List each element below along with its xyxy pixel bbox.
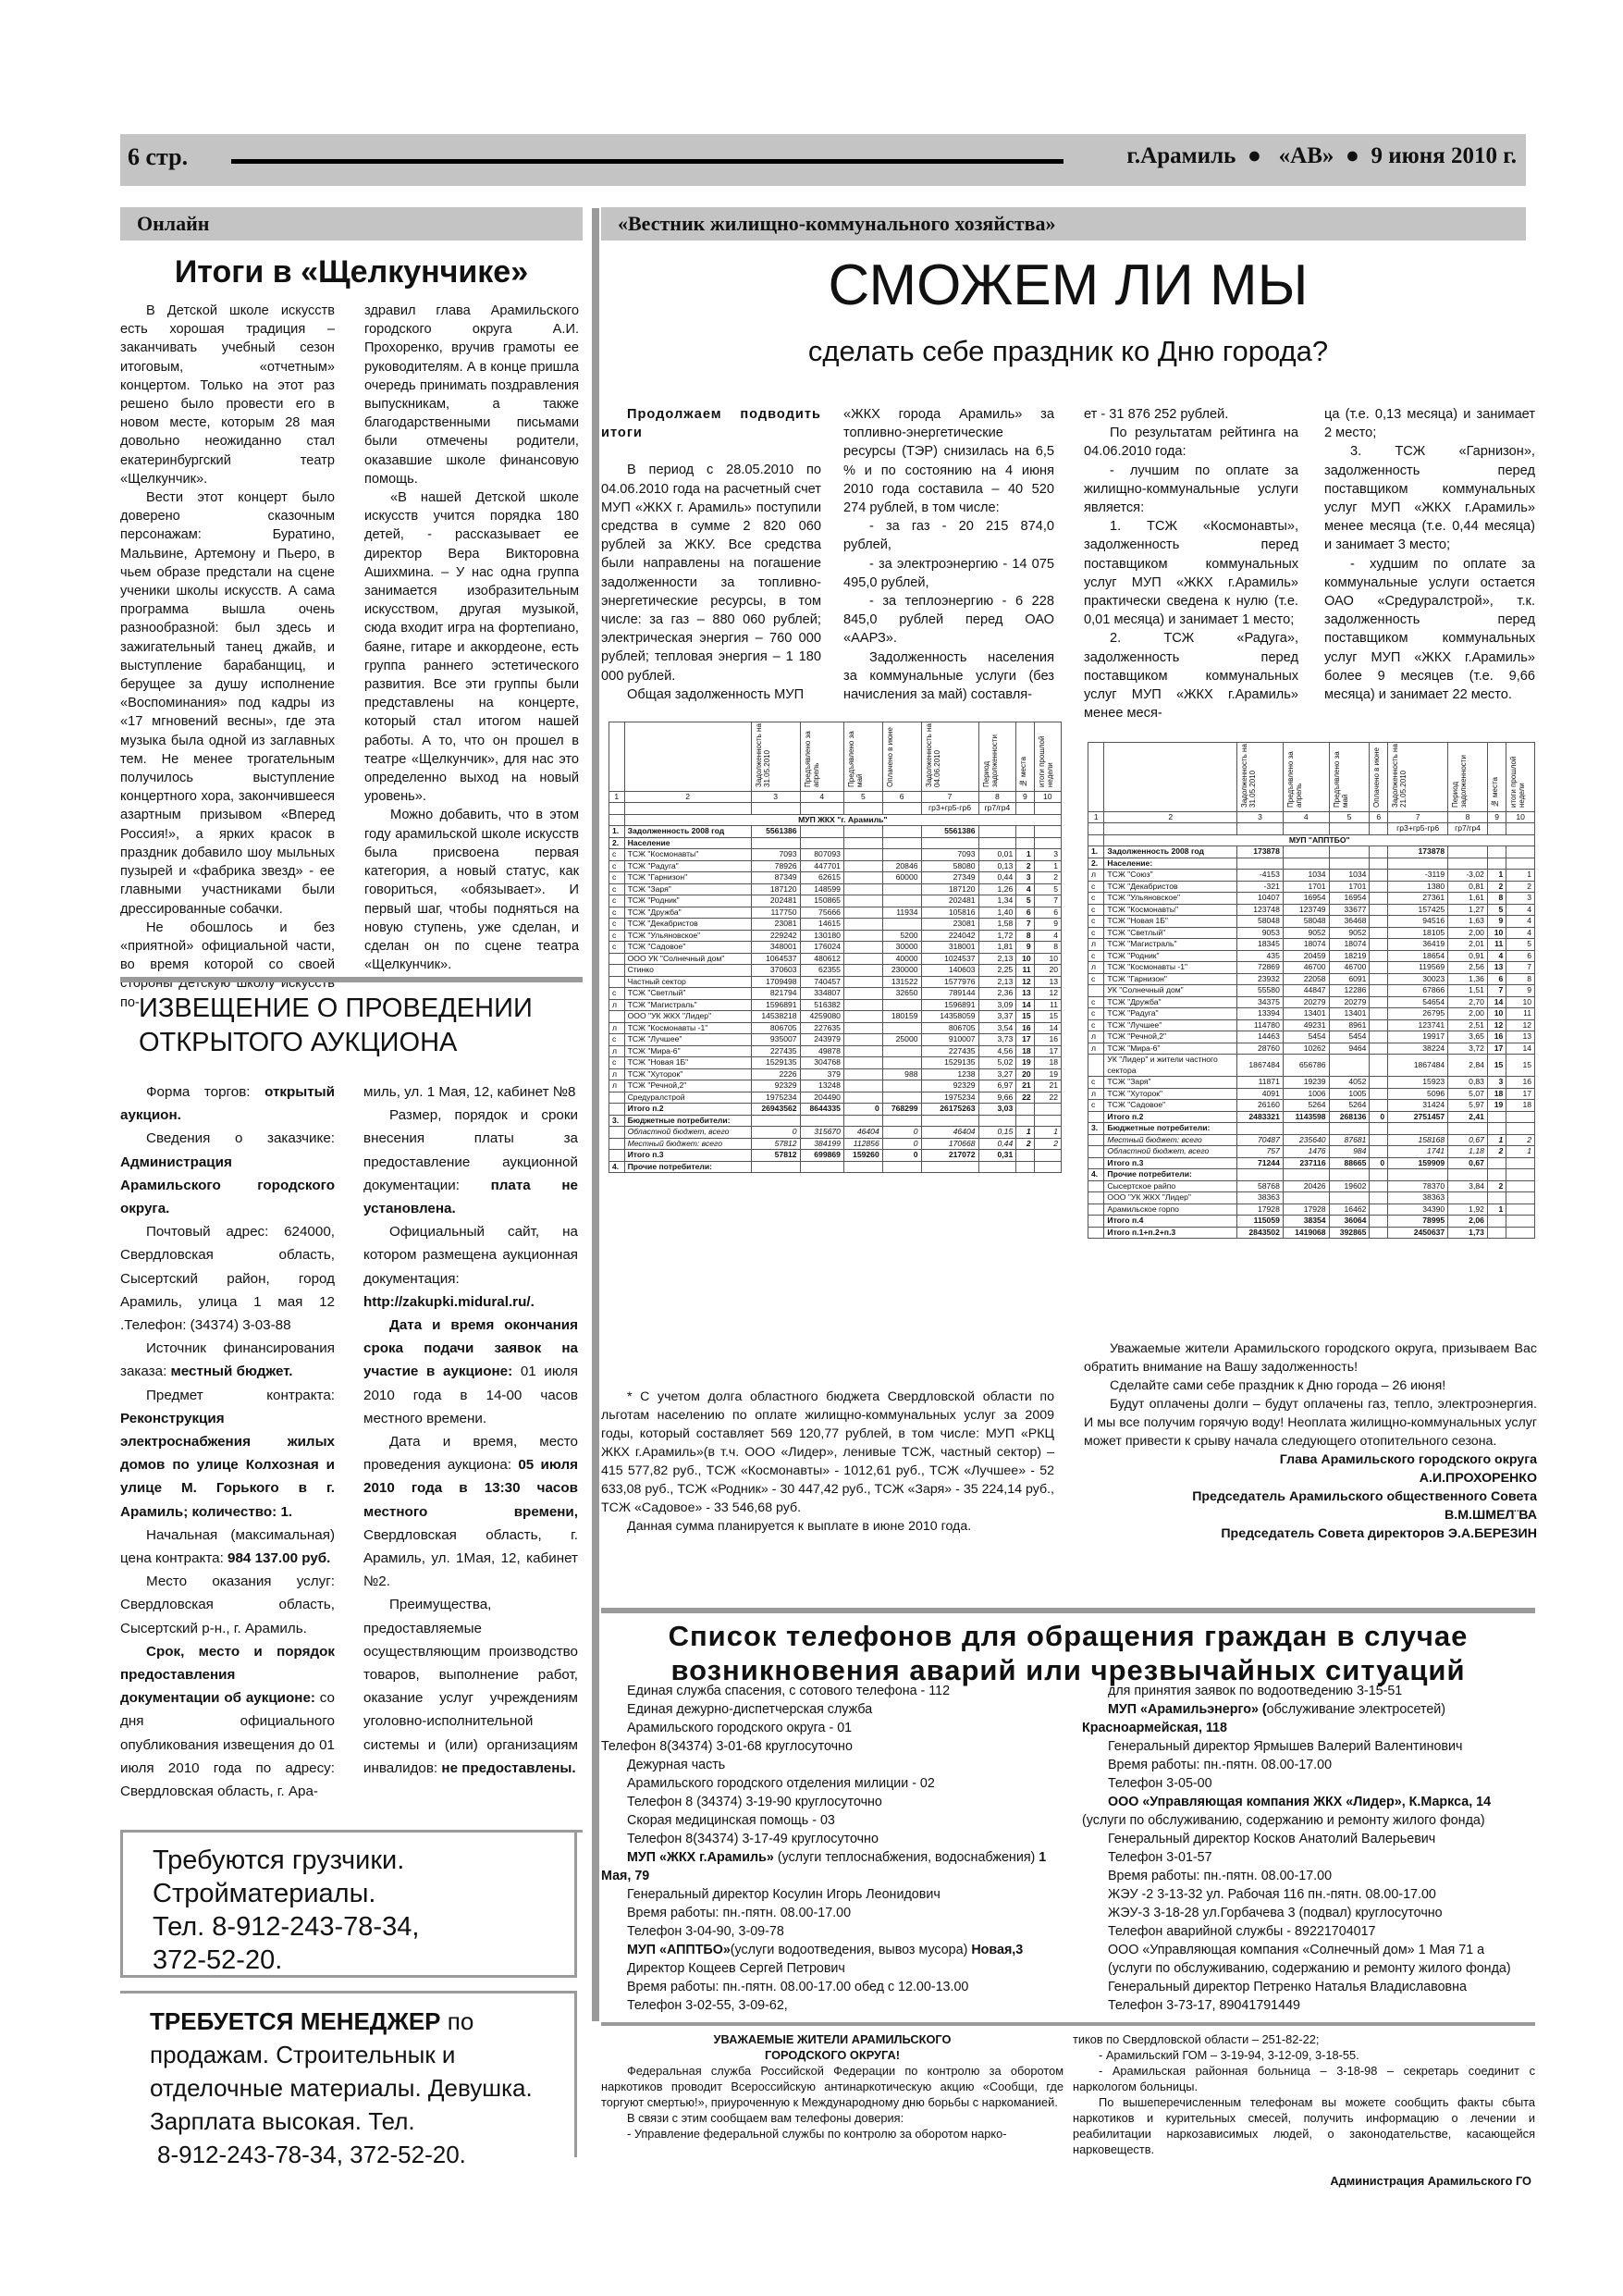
paragraph: По результатам рейтинга на 04.06.2010 го… [1084, 424, 1298, 461]
table-row: сТСЖ "Лучшее"1147804923189611237412,5112… [1088, 1019, 1535, 1031]
table-row: Итого п.1+п.2+п.328435021419068392865245… [1088, 1227, 1535, 1239]
table-row: сТСЖ "Лучшее"935007243979250009100073,73… [609, 1034, 1062, 1046]
auction-field: Начальная (максимальная) цена контракта:… [120, 1524, 335, 1570]
table-row: лТСЖ "Мира-6"28760102629464382243,721714 [1088, 1043, 1535, 1055]
phone-entry: Генеральный директор Петренко Наталья Вл… [1082, 1978, 1537, 1996]
paragraph: Сделайте сами себе праздник к Дню города… [1084, 1376, 1537, 1395]
column-header: Задолженность на 04.06.2010 [921, 722, 978, 792]
table-row: сТСЖ "Ульяновское"2292421301805200224042… [609, 930, 1062, 942]
phone-entry: Директор Кощеев Сергей Петрович [601, 1959, 1064, 1978]
table-row: сТСЖ "Космонавты"12374812374933677157425… [1088, 904, 1535, 916]
table-row: Стинко370603623552300001406032,251120 [609, 965, 1062, 977]
table-row: сТСЖ "Гарнизон"23932220586091300231,3668 [1088, 973, 1535, 985]
appeal: Уважаемые жители Арамильского городского… [1084, 1339, 1537, 1543]
phone-entry: Время работы: пн.-пятн. 08.00-17.00 обед… [601, 1978, 1064, 1996]
phone-entry: Единая дежурно-диспетчерская служба [601, 1700, 1064, 1719]
phone-entry: Генеральный директор Ярмышев Валерий Вал… [1082, 1737, 1537, 1756]
phone-entry: Генеральный директор Косков Анатолий Вал… [1082, 1830, 1537, 1848]
table-row: лТСЖ "Хуторок"222637998812383,272019 [609, 1068, 1062, 1080]
auction-col1: Форма торгов: открытый аукцион. Сведения… [120, 1080, 335, 1803]
table-row: Местный бюджет: всего5781238419911285601… [609, 1138, 1062, 1150]
column-header: Оплачено в июне [882, 722, 921, 792]
auction-field: Дата и время окончания срока подачи заяв… [363, 1314, 578, 1430]
nutcracker-title: Итоги в «Щелкунчике» [120, 252, 583, 292]
table-apptbo: Задолженность на 31.05.2010Предъявлено з… [1088, 742, 1535, 1239]
phone-entry: Время работы: пн.-пятн. 08.00-17.00 [1082, 1756, 1537, 1774]
phone-entry: Время работы: пн.-пятн. 08.00-17.00 [601, 1904, 1064, 1922]
masthead: 6 стр. г.Арамиль ● «АВ» ● 9 июня 2010 г. [120, 134, 1526, 186]
signature-name: В.М.ШМЕЛ¨ВА [1084, 1506, 1537, 1524]
phones-title: Список телефонов для обращения граждан в… [601, 1619, 1535, 1687]
table-row: сТСЖ "Дружба"11775075666119341058161,406… [609, 907, 1062, 919]
table-row: лТСЖ "Магистраль"159689151638215968913,0… [609, 999, 1062, 1011]
table-row: 1.Задолженность 2008 год55613865561386 [609, 826, 1062, 838]
formula-row: гр3+гр5-гр6гр7/гр4 [609, 803, 1062, 815]
column-header [1088, 743, 1104, 812]
phone-entry: Время работы: пн.-пятн. 08.00-17.00 [1082, 1867, 1537, 1885]
paragraph: Уважаемые жители Арамильского городского… [1084, 1339, 1537, 1376]
table-row: сТСЖ "Радуга"133941340113401267952,00101… [1088, 1008, 1535, 1020]
paragraph: Вести этот концерт было доверено сказочн… [120, 488, 335, 919]
table-row: лТСЖ "Речной,2"1446354545454199173,65161… [1088, 1031, 1535, 1043]
town-name: г.Арамиль [1126, 143, 1236, 168]
bullet-icon: ● [1340, 143, 1366, 168]
column-header: Оплачено в июне [1370, 743, 1388, 812]
nutcracker-col2: здравил глава Арамильского городского ок… [364, 302, 579, 974]
ad-manager: ТРЕБУЕТСЯ МЕНЕДЖЕР по продажам. Строител… [120, 1991, 577, 2157]
phone-entry: Телефон 8(34374) 3-17-49 круглосуточно [601, 1830, 1064, 1848]
auction-field: миль, ул. 1 Мая, 12, кабинет №8 [363, 1080, 578, 1104]
table-row: 2.Население: [1088, 858, 1535, 870]
table-row: Областной бюджет, всего03156704640404640… [609, 1127, 1062, 1139]
paragraph: В Детской школе искусств есть хорошая тр… [120, 302, 335, 488]
table-row: Арамильское горпо179281792816462343901,9… [1088, 1204, 1535, 1216]
masthead-info: г.Арамиль ● «АВ» ● 9 июня 2010 г. [1126, 143, 1517, 169]
paragraph: * С учетом долга областного бюджета Свер… [601, 1388, 1054, 1517]
phone-entry: Телефон 3-04-90, 3-09-78 [601, 1922, 1064, 1941]
table-row: сТСЖ "Ульяновское"104071695416954273611,… [1088, 893, 1535, 905]
divider [601, 2022, 1535, 2026]
paragraph: - Управление федеральной службы по контр… [601, 2126, 1064, 2142]
table-row: Итого п.41150593835436064789952,06 [1088, 1216, 1535, 1228]
phone-entry: Генеральный директор Косулин Игорь Леони… [601, 1885, 1064, 1904]
website-link[interactable]: http://zakupki.midural.ru/. [363, 1294, 535, 1310]
org-row: МУП ЖКХ "г. Арамиль" [609, 814, 1062, 826]
table-row: Итого п.224833211143598268136027514572,4… [1088, 1111, 1535, 1123]
auction-field: Срок, место и порядок предоставления док… [120, 1640, 335, 1803]
table-row: Частный сектор17094987404571315221577976… [609, 976, 1062, 988]
table-row: 1.Задолженность 2008 год173878173878 [1088, 846, 1535, 858]
housing-headline: СМОЖЕМ ЛИ МЫ [601, 253, 1535, 319]
paragraph: Можно добавить, что в этом году арамильс… [364, 806, 579, 974]
table-row: 4.Прочие потребители: [609, 1161, 1062, 1173]
paragraph: ца (т.е. 0,13 месяца) и занимает 2 место… [1324, 405, 1535, 442]
column-header: Предъявлено за апрель [1283, 743, 1329, 812]
paragraph: 3. ТСЖ «Гарнизон», задолженность перед п… [1324, 442, 1535, 554]
table-header-row: Задолженность на 31.05.2010Предъявлено з… [609, 722, 1062, 792]
column-number-row: 12345678910 [1088, 811, 1535, 823]
column-header [1104, 743, 1237, 812]
table-row: 2.Население [609, 837, 1062, 849]
signature-title: Председатель Арамильского общественного … [1084, 1487, 1537, 1506]
auction-field: Предмет контракта: Реконструкция электро… [120, 1384, 335, 1524]
drugs-signature: Администрация Арамильского ГО [1073, 2174, 1531, 2188]
column-header [624, 722, 751, 792]
column-header: Предъявлено за май [1329, 743, 1370, 812]
table-row: лТСЖ "Союз"-415310341034-3119-3,0211 [1088, 870, 1535, 882]
paragraph: 1. ТСЖ «Космонавты», задолженность перед… [1084, 517, 1298, 629]
drugs-col2: тиков по Свердловской области – 251-82-2… [1073, 2031, 1535, 2157]
phone-entry: МУП «ЖКХ г.Арамиль» (услуги теплоснабжен… [601, 1848, 1064, 1885]
phone-entry: Телефон 3-01-57 [1082, 1848, 1537, 1867]
table-row: лТСЖ "Речной,2"9232913248923296,972121 [609, 1080, 1062, 1092]
bullet-icon: ● [1242, 143, 1273, 168]
table-row: 4.Прочие потребители: [1088, 1169, 1535, 1181]
paragraph: В связи с этим сообщаем вам телефоны дов… [601, 2110, 1064, 2126]
paragraph: Федеральная служба Российской Федерации … [601, 2063, 1064, 2110]
column-header: итоги прошлой недели [1034, 722, 1061, 792]
phones-col1: Единая служба спасения, с сотового телеф… [601, 1682, 1064, 2015]
paragraph: «ЖКХ города Арамиль» за топливно-энергет… [843, 405, 1054, 517]
housing-subheadline: сделать себе праздник ко Дню города? [601, 333, 1535, 370]
phone-entry: - Арамильская районная больница – 3-18-9… [1073, 2063, 1535, 2094]
phone-entry: Дежурная часть [601, 1756, 1064, 1774]
paragraph: - лучшим по оплате за жилищно-коммунальн… [1084, 462, 1298, 518]
table-row: лТСЖ "Космонавты -1"8067052276358067053,… [609, 1022, 1062, 1034]
table-row: сТСЖ "Новая 1Б"152913530476815291355,021… [609, 1057, 1062, 1069]
table-row: лТСЖ "Космонавты -1"72869467004670011956… [1088, 962, 1535, 974]
table-row: сТСЖ "Декабристов-3211701170113800,8122 [1088, 881, 1535, 893]
table-row: сТСЖ "Гарнизон"873496261560000273490,443… [609, 872, 1062, 884]
paragraph: - худшим по оплате за коммунальные услуг… [1324, 555, 1535, 705]
table-header-row: Задолженность на 31.05.2010Предъявлено з… [1088, 743, 1535, 812]
auction-field: Источник финансирования заказа: местный … [120, 1337, 335, 1383]
paragraph: В период с 28.05.2010 по 04.06.2010 года… [601, 461, 821, 685]
column-header: Период задолженности [978, 722, 1016, 792]
column-header: Задолженность на 31.05.2010 [1237, 743, 1284, 812]
signature-title: Глава Арамильского городского округа [1084, 1450, 1537, 1469]
signature-name: А.И.ПРОХОРЕНКО [1084, 1469, 1537, 1487]
table-row: Средуралстрой197523420449019752349,66222… [609, 1092, 1062, 1104]
table-row: ООО "УК ЖКХ "Лидер"145382184259080180159… [609, 1011, 1062, 1023]
section-label-housing: «Вестник жилищно-коммунального хозяйства… [601, 207, 1526, 241]
table-row: Итого п.22694356286443350768299261752633… [609, 1104, 1062, 1116]
phone-entry: Телефон 3-02-55, 3-09-62, [601, 1996, 1064, 2015]
table-row: лТСЖ "Хуторок"40911006100550965,071817 [1088, 1088, 1535, 1100]
issue-date: 9 июня 2010 г. [1371, 143, 1517, 168]
section-label-online: Онлайн [120, 207, 583, 241]
table-zhkh: Задолженность на 31.05.2010Предъявлено з… [609, 722, 1062, 1173]
page-number: 6 стр. [128, 143, 188, 171]
paragraph: - за электроэнергию - 14 075 495,0 рубле… [843, 555, 1054, 592]
phone-entry: (услуги по обслуживанию, содержанию и ре… [1082, 1959, 1537, 1978]
footnote: * С учетом долга областного бюджета Свер… [601, 1388, 1054, 1536]
table-row: ООО "УК ЖКХ "Лидер"3836338363 [1088, 1192, 1535, 1204]
formula-row: гр3+гр5-гр6гр7/гр4 [1088, 823, 1535, 835]
table-row: лТСЖ "Мира-6"227435498782274354,561817 [609, 1045, 1062, 1057]
column-header: № места [1016, 722, 1034, 792]
drugs-col1: Федеральная служба Российской Федерации … [601, 2063, 1064, 2142]
phone-entry: МУП «АППТБО»(услуги водоотведения, вывоз… [601, 1941, 1064, 1959]
table-row: сТСЖ "Радуга"7892644770120846580800,1321 [609, 860, 1062, 872]
phone-entry: - Арамильский ГОМ – 3-19-94, 3-12-09, 3-… [1073, 2047, 1535, 2063]
phone-entry: Телефон 8 (34374) 3-19-90 круглосуточно [601, 1793, 1064, 1811]
column-divider [592, 208, 599, 2021]
paragraph: «В нашей Детской школе искусств учится п… [364, 488, 579, 806]
table-row: сТСЖ "Родник"2024811508652024811,3457 [609, 895, 1062, 907]
column-header: Период задолженности [1448, 743, 1488, 812]
auction-field: Официальный сайт, на котором размещена а… [363, 1220, 578, 1314]
paragraph: - за газ - 20 215 874,0 рублей, [843, 517, 1054, 554]
paragraph: Задолженность населения за коммунальные … [843, 648, 1054, 705]
table-row: лТСЖ "Магистраль"183451807418074364192,0… [1088, 939, 1535, 951]
auction-field: Место оказания услуг: Свердловская облас… [120, 1570, 335, 1640]
phone-entry: для принятия заявок по водоотведению 3-1… [1082, 1682, 1537, 1700]
divider [601, 1608, 1535, 1613]
auction-col2: миль, ул. 1 Мая, 12, кабинет №8 Размер, … [363, 1080, 578, 1780]
phone-entry: Единая служба спасения, с сотового телеф… [601, 1682, 1064, 1700]
column-number-row: 12345678910 [609, 791, 1062, 803]
column-header: итоги прошлой недели [1506, 743, 1535, 812]
table-row: сТСЖ "Новая 1Б"580485804836468945161,639… [1088, 916, 1535, 928]
debt-table-zhkh: Задолженность на 31.05.2010Предъявлено з… [609, 722, 1062, 1173]
masthead-rule [231, 159, 1064, 164]
phone-entry: Скорая медицинская помощь - 03 [601, 1811, 1064, 1830]
phone-entry: Арамильского городского округа - 01 [601, 1719, 1064, 1737]
phone-entry: МУП «Арамильэнерго» (обслуживание электр… [1082, 1700, 1537, 1737]
table-row: сТСЖ "Космонавты"709380709370930,0113 [609, 849, 1062, 861]
ad-loaders: Требуются грузчики. Стройматериалы. Тел.… [120, 1830, 577, 1978]
column-header: Предъявлено за май [843, 722, 882, 792]
phone-entry: Телефон 8(34374) 3-01-68 круглосуточно [601, 1737, 1064, 1756]
auction-title-line: ОТКРЫТОГО АУКЦИОНА [139, 1026, 583, 1060]
drugs-title: УВАЖАЕМЫЕ ЖИТЕЛИ АРАМИЛЬСКОГО ГОРОДСКОГО… [601, 2031, 1064, 2063]
nutcracker-col1: В Детской школе искусств есть хорошая тр… [120, 302, 335, 1012]
phone-entry: тиков по Свердловской области – 251-82-2… [1073, 2031, 1535, 2047]
auction-field: Форма торгов: открытый аукцион. [120, 1080, 335, 1127]
phones-col2: для принятия заявок по водоотведению 3-1… [1082, 1682, 1537, 2015]
column-header: Предъявлено за апрель [800, 722, 843, 792]
table-row: сТСЖ "Садовое"2616052645264314245,971918 [1088, 1100, 1535, 1112]
phone-entry: Телефон аварийной службы - 89221704017 [1082, 1922, 1537, 1941]
table-row: 3.Бюджетные потребители: [609, 1115, 1062, 1127]
housing-col3: ет - 31 876 252 рублей. По результатам р… [1084, 405, 1298, 722]
paragraph: здравил глава Арамильского городского ок… [364, 302, 579, 488]
paragraph: Общая задолженность МУП [601, 685, 821, 704]
divider [120, 977, 583, 982]
table-row: сТСЖ "Садовое"348001176024300003180011,8… [609, 942, 1062, 954]
table-row: 3.Бюджетные потребители: [1088, 1123, 1535, 1135]
auction-field: Почтовый адрес: 624000, Свердловская обл… [120, 1220, 335, 1337]
auction-title: ИЗВЕЩЕНИЕ О ПРОВЕДЕНИИ ОТКРЫТОГО АУКЦИОН… [139, 992, 583, 1060]
housing-col1: Продолжаем подводить итоги В период с 28… [601, 405, 821, 704]
paragraph: ет - 31 876 252 рублей. [1084, 405, 1298, 424]
auction-field: Размер, порядок и сроки внесения платы з… [363, 1104, 578, 1220]
phone-entry: По вышеперечисленным телефонам вы можете… [1073, 2094, 1535, 2157]
table-row: УК "Лидер" и жители частного сектора1867… [1088, 1055, 1535, 1077]
table-row: сТСЖ "Декабристов2308114615230811,5879 [609, 919, 1062, 931]
table-row: Итого п.3712442371168866501599090,67 [1088, 1157, 1535, 1169]
phone-entry: Арамильского городского отделения милици… [601, 1774, 1064, 1793]
org-row: МУП "АППТБО" [1088, 834, 1535, 846]
auction-field: Дата и время, место проведения аукциона:… [363, 1430, 578, 1593]
column-header [609, 722, 625, 792]
paragraph: Данная сумма планируется к выплате в июн… [601, 1517, 1054, 1536]
paper-name: «АВ» [1279, 143, 1334, 168]
housing-col4: ца (т.е. 0,13 месяца) и занимает 2 место… [1324, 405, 1535, 704]
column-header: Задолженность на 21.05.2010 [1388, 743, 1448, 812]
phone-entry: Телефон 3-73-17, 89041791449 [1082, 1996, 1537, 2015]
phone-entry: ЖЭУ-3 3-18-28 ул.Горбачева 3 (подвал) кр… [1082, 1904, 1537, 1922]
table-row: УК "Солнечный дом"555804484712286678661,… [1088, 985, 1535, 997]
column-header: Задолженность на 31.05.2010 [751, 722, 800, 792]
auction-title-line: ИЗВЕЩЕНИЕ О ПРОВЕДЕНИИ [139, 992, 583, 1026]
debt-table-apptbo: Задолженность на 31.05.2010Предъявлено з… [1088, 742, 1535, 1239]
table-row: сТСЖ "Светлый"821794334807326507891442,3… [609, 988, 1062, 1000]
paragraph: 2. ТСЖ «Радуга», задолженность перед пос… [1084, 629, 1298, 722]
table-row: ООО УК "Солнечный дом"106453748061240000… [609, 953, 1062, 965]
auction-field: Преимущества, предоставляемые осуществля… [363, 1593, 578, 1780]
phone-entry: ООО «Управляющая компания «Солнечный дом… [1082, 1941, 1537, 1959]
table-row: сТСЖ "Родник"4352045918219186540,9146 [1088, 950, 1535, 962]
lead-text: Продолжаем подводить итоги [601, 405, 821, 442]
table-row: Сысертское райпо587682042619602783703,84… [1088, 1180, 1535, 1192]
table-row: сТСЖ "Заря"11871192394052159230,83316 [1088, 1077, 1535, 1089]
table-row: Областной бюджет, всего757147698417411,1… [1088, 1146, 1535, 1158]
column-header: № места [1487, 743, 1506, 812]
phone-entry: ООО «Управляющая компания ЖКХ «Лидер», К… [1082, 1793, 1537, 1830]
phone-entry: Телефон 3-05-00 [1082, 1774, 1537, 1793]
phone-entry: ЖЭУ -2 3-13-32 ул. Рабочая 116 пн.-пятн.… [1082, 1885, 1537, 1904]
paragraph: Будут оплачены долги – будут оплачены га… [1084, 1395, 1537, 1450]
table-row: сТСЖ "Дружба"343752027920279546542,70141… [1088, 996, 1535, 1008]
housing-col2: «ЖКХ города Арамиль» за топливно-энергет… [843, 405, 1054, 704]
table-row: сТСЖ "Светлый"905390529052181052,00104 [1088, 927, 1535, 939]
table-row: Местный бюджет: всего7048723564087681158… [1088, 1134, 1535, 1146]
paragraph: - за теплоэнергию - 6 228 845,0 рублей п… [843, 592, 1054, 648]
signature-title: Председатель Совета директоров Э.А.БЕРЕЗ… [1084, 1524, 1537, 1543]
table-row: сТСЖ "Заря"1871201485991871201,2645 [609, 883, 1062, 895]
table-row: Итого п.35781269986915926002170720,31 [609, 1150, 1062, 1162]
auction-field: Сведения о заказчике: Администрация Арам… [120, 1127, 335, 1220]
